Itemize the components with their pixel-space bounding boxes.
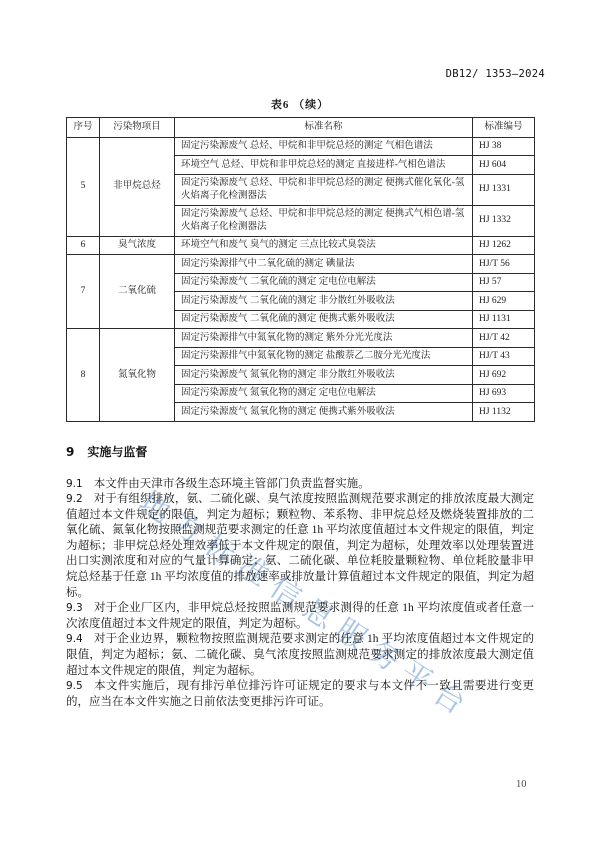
cell-standard-code: HJ 604 (473, 156, 535, 175)
clause-paragraph: 9.5本文件实施后，现有排污单位排污许可证规定的要求与本文件不一致且需要进行变更… (66, 679, 534, 710)
clause-paragraph: 9.3对于企业厂区内，非甲烷总烃按照监测规范要求测得的任意 1h 平均浓度值或者… (66, 601, 534, 632)
cell-standard-name: 固定污染源废气 氮氧化物的测定 非分散红外吸收法 (175, 366, 473, 385)
cell-serial-number: 7 (67, 255, 100, 329)
col-header-standard-code: 标准编号 (473, 118, 535, 138)
cell-standard-name: 环境空气和废气 臭气的测定 三点比较式臭袋法 (175, 236, 473, 255)
cell-serial-number: 8 (67, 329, 100, 422)
clause-number: 9.1 (66, 478, 83, 490)
cell-standard-code: HJ 1132 (473, 403, 535, 422)
cell-standard-code: HJ/T 56 (473, 255, 535, 274)
document-page: DB12/ 1353—2024 地方标准信息服务平台 表6 （续） 序号 污染物… (0, 0, 600, 848)
table-title: 表6 （续） (66, 96, 534, 112)
clause-paragraph: 9.2对于有组织排放，氨、二硫化碳、臭气浓度按照监测规范要求测定的排放浓度最大测… (66, 492, 534, 601)
table-row: 5非甲烷总烃固定污染源废气 总烃、甲烷和非甲烷总烃的测定 气相色谱法HJ 38 (67, 137, 535, 156)
section-paragraphs: 9.1本文件由天津市各级生态环境主管部门负责监督实施。9.2对于有组织排放，氨、… (66, 477, 534, 711)
cell-standard-name: 固定污染源废气 总烃、甲烷和非甲烷总烃的测定 气相色谱法 (175, 137, 473, 156)
page-number: 10 (516, 779, 527, 790)
cell-serial-number: 5 (67, 137, 100, 236)
cell-standard-name: 固定污染源废气 氮氧化物的测定 定电位电解法 (175, 384, 473, 403)
cell-pollutant: 二氧化硫 (100, 255, 175, 329)
section-number: 9 (66, 445, 74, 459)
cell-standard-code: HJ 693 (473, 384, 535, 403)
cell-standard-name: 固定污染源排气中氮氧化物的测定 紫外分光光度法 (175, 329, 473, 348)
cell-standard-code: HJ 38 (473, 137, 535, 156)
cell-standard-name: 固定污染源废气 总烃、甲烷和非甲烷总烃的测定 便携式气相色谱-氢火焰离子化检测器… (175, 205, 473, 236)
clause-paragraph: 9.4对于企业边界，颗粒物按照监测规范要求测定的任意 1h 平均浓度值超过本文件… (66, 632, 534, 679)
table-row: 8氮氧化物固定污染源排气中氮氧化物的测定 紫外分光光度法HJ/T 42 (67, 329, 535, 348)
cell-pollutant: 臭气浓度 (100, 236, 175, 255)
cell-standard-name: 固定污染源废气 二氧化硫的测定 便携式紫外吸收法 (175, 310, 473, 329)
cell-standard-code: HJ/T 43 (473, 347, 535, 366)
cell-standard-name: 固定污染源排气中氮氧化物的测定 盐酸萘乙二胺分光光度法 (175, 347, 473, 366)
cell-standard-code: HJ 1331 (473, 174, 535, 205)
cell-pollutant: 非甲烷总烃 (100, 137, 175, 236)
cell-standard-code: HJ 692 (473, 366, 535, 385)
section-title: 实施与监督 (87, 445, 147, 459)
cell-standard-name: 环境空气 总烃、甲烷和非甲烷总烃的测定 直接进样-气相色谱法 (175, 156, 473, 175)
cell-pollutant: 氮氧化物 (100, 329, 175, 422)
cell-serial-number: 6 (67, 236, 100, 255)
clause-number: 9.5 (66, 680, 83, 692)
cell-standard-name: 固定污染源废气 总烃、甲烷和非甲烷总烃的测定 便携式催化氧化-氢火焰离子化检测器… (175, 174, 473, 205)
cell-standard-code: HJ/T 42 (473, 329, 535, 348)
clause-paragraph: 9.1本文件由天津市各级生态环境主管部门负责监督实施。 (66, 477, 534, 493)
standards-table: 序号 污染物项目 标准名称 标准编号 5非甲烷总烃固定污染源废气 总烃、甲烷和非… (66, 117, 535, 422)
cell-standard-name: 固定污染源废气 氮氧化物的测定 便携式紫外吸收法 (175, 403, 473, 422)
col-header-serial: 序号 (67, 118, 100, 138)
cell-standard-name: 固定污染源废气 二氧化硫的测定 非分散红外吸收法 (175, 292, 473, 311)
cell-standard-name: 固定污染源废气 二氧化硫的测定 定电位电解法 (175, 273, 473, 292)
page-content: 表6 （续） 序号 污染物项目 标准名称 标准编号 5非甲烷总烃固定污染源废气 … (66, 96, 534, 710)
section-heading: 9实施与监督 (66, 443, 534, 460)
cell-standard-code: HJ 57 (473, 273, 535, 292)
cell-standard-code: HJ 1332 (473, 205, 535, 236)
standard-code-header: DB12/ 1353—2024 (446, 68, 545, 80)
cell-standard-code: HJ 629 (473, 292, 535, 311)
table-header-row: 序号 污染物项目 标准名称 标准编号 (67, 118, 535, 138)
clause-number: 9.4 (66, 633, 83, 645)
cell-standard-name: 固定污染源排气中二氧化硫的测定 碘量法 (175, 255, 473, 274)
cell-standard-code: HJ 1262 (473, 236, 535, 255)
clause-number: 9.3 (66, 602, 83, 614)
clause-number: 9.2 (66, 493, 83, 505)
col-header-pollutant: 污染物项目 (100, 118, 175, 138)
table-row: 7二氧化硫固定污染源排气中二氧化硫的测定 碘量法HJ/T 56 (67, 255, 535, 274)
cell-standard-code: HJ 1131 (473, 310, 535, 329)
table-row: 6臭气浓度环境空气和废气 臭气的测定 三点比较式臭袋法HJ 1262 (67, 236, 535, 255)
col-header-standard-name: 标准名称 (175, 118, 473, 138)
